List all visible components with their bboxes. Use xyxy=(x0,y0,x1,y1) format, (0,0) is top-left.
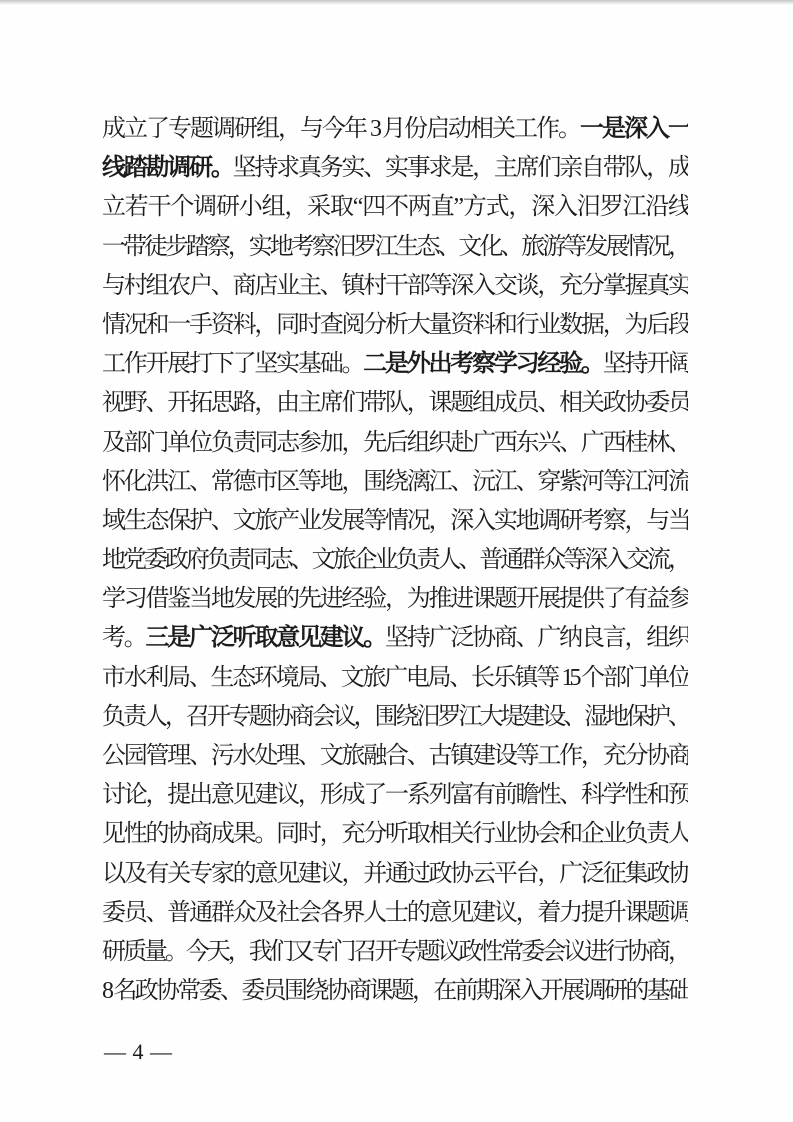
text-line: 公园管理、污水处理、文旅融合、古镇建设等工作，充分协商 xyxy=(102,737,688,776)
text-line: 委员、普通群众及社会各界人士的意见建议，着力提升课题调 xyxy=(102,894,688,933)
body-text-segment: 学习借鉴当地发展的先进经验，为推进课题开展提供了有益参 xyxy=(102,586,688,612)
emphasis-text-segment: 线踏勘调研。 xyxy=(102,155,233,181)
page-number: — 4 — xyxy=(104,1038,173,1066)
text-line: 市水利局、生态环境局、文旅广电局、长乐镇等 15 个部门单位 xyxy=(102,659,688,698)
text-line: 立若干个调研小组，采取“四不两直”方式，深入汨罗江沿线 xyxy=(102,188,688,227)
body-text: 成立了专题调研组，与今年 3 月份启动相关工作。一是深入一线踏勘调研。坚持求真务… xyxy=(102,110,688,1011)
body-text-segment: 情况和一手资料，同时查阅分析大量资料和行业数据，为后段 xyxy=(102,312,688,338)
text-line: 与村组农户、商店业主、镇村干部等深入交谈，充分掌握真实 xyxy=(102,267,688,306)
body-text-segment: 公园管理、污水处理、文旅融合、古镇建设等工作，充分协商 xyxy=(102,743,688,769)
body-text-segment: 负责人，召开专题协商会议，围绕汨罗江大堤建设、湿地保护、 xyxy=(102,704,688,730)
text-line: 负责人，召开专题协商会议，围绕汨罗江大堤建设、湿地保护、 xyxy=(102,698,688,737)
emphasis-text-segment: 二是外出考察学习经验。 xyxy=(363,351,602,377)
body-text-segment: 一带徒步踏察，实地考察汨罗江生态、文化、旅游等发展情况， xyxy=(102,234,688,260)
text-line: 学习借鉴当地发展的先进经验，为推进课题开展提供了有益参 xyxy=(102,580,688,619)
text-line: 情况和一手资料，同时查阅分析大量资料和行业数据，为后段 xyxy=(102,306,688,345)
body-text-segment: 考。 xyxy=(102,625,146,651)
text-line: 地党委政府负责同志、文旅企业负责人、普通群众等深入交流， xyxy=(102,541,688,580)
text-line: 及部门单位负责同志参加，先后组织赴广西东兴、广西桂林、 xyxy=(102,424,688,463)
text-line: 8 名政协常委、委员围绕协商课题，在前期深入开展调研的基础 xyxy=(102,972,688,1011)
body-text-segment: 工作开展打下了坚实基础。 xyxy=(102,351,363,377)
body-text-segment: 坚持开阔 xyxy=(603,351,688,377)
text-line: 成立了专题调研组，与今年 3 月份启动相关工作。一是深入一 xyxy=(102,110,688,149)
body-text-segment: 地党委政府负责同志、文旅企业负责人、普通群众等深入交流， xyxy=(102,547,688,573)
text-line: 怀化洪江、常德市区等地，围绕漓江、沅江、穿紫河等江河流 xyxy=(102,463,688,502)
body-text-segment: 怀化洪江、常德市区等地，围绕漓江、沅江、穿紫河等江河流 xyxy=(102,469,688,495)
text-line: 工作开展打下了坚实基础。二是外出考察学习经验。坚持开阔 xyxy=(102,345,688,384)
body-text-segment: 讨论，提出意见建议，形成了一系列富有前瞻性、科学性和预 xyxy=(102,782,688,808)
body-text-segment: 坚持求真务实、实事求是，主席们亲自带队，成 xyxy=(233,155,688,181)
text-line: 一带徒步踏察，实地考察汨罗江生态、文化、旅游等发展情况， xyxy=(102,228,688,267)
body-text-segment: 与村组农户、商店业主、镇村干部等深入交谈，充分掌握真实 xyxy=(102,273,688,299)
body-text-segment: 研质量。今天，我们又专门召开专题议政性常委会议进行协商， xyxy=(102,939,688,965)
body-text-segment: 域生态保护、文旅产业发展等情况，深入实地调研考察，与当 xyxy=(102,508,688,534)
body-text-segment: 市水利局、生态环境局、文旅广电局、长乐镇等 15 个部门单位 xyxy=(102,665,688,691)
body-text-segment: 委员、普通群众及社会各界人士的意见建议，着力提升课题调 xyxy=(102,900,688,926)
scan-edge-shadow xyxy=(0,0,793,5)
body-text-segment: 坚持广泛协商、广纳良言，组织 xyxy=(385,625,688,651)
text-line: 视野、开拓思路，由主席们带队，课题组成员、相关政协委员 xyxy=(102,384,688,423)
text-line: 考。三是广泛听取意见建议。坚持广泛协商、广纳良言，组织 xyxy=(102,619,688,658)
body-text-segment: 成立了专题调研组，与今年 3 月份启动相关工作。 xyxy=(102,116,580,142)
document-page: 成立了专题调研组，与今年 3 月份启动相关工作。一是深入一线踏勘调研。坚持求真务… xyxy=(0,0,793,1122)
body-text-segment: 立若干个调研小组，采取“四不两直”方式，深入汨罗江沿线 xyxy=(102,194,688,220)
emphasis-text-segment: 三是广泛听取意见建议。 xyxy=(146,625,385,651)
text-line: 域生态保护、文旅产业发展等情况，深入实地调研考察，与当 xyxy=(102,502,688,541)
body-text-segment: 视野、开拓思路，由主席们带队，课题组成员、相关政协委员 xyxy=(102,390,688,416)
body-text-segment: 及部门单位负责同志参加，先后组织赴广西东兴、广西桂林、 xyxy=(102,430,688,456)
text-line: 线踏勘调研。坚持求真务实、实事求是，主席们亲自带队，成 xyxy=(102,149,688,188)
text-line: 讨论，提出意见建议，形成了一系列富有前瞻性、科学性和预 xyxy=(102,776,688,815)
text-line: 以及有关专家的意见建议，并通过政协云平台，广泛征集政协 xyxy=(102,855,688,894)
emphasis-text-segment: 一是深入一 xyxy=(580,116,688,142)
body-text-segment: 见性的协商成果。同时，充分听取相关行业协会和企业负责人 xyxy=(102,821,688,847)
text-line: 研质量。今天，我们又专门召开专题议政性常委会议进行协商， xyxy=(102,933,688,972)
body-text-segment: 以及有关专家的意见建议，并通过政协云平台，广泛征集政协 xyxy=(102,861,688,887)
text-line: 见性的协商成果。同时，充分听取相关行业协会和企业负责人 xyxy=(102,815,688,854)
body-text-segment: 8 名政协常委、委员围绕协商课题，在前期深入开展调研的基础 xyxy=(102,978,688,1004)
